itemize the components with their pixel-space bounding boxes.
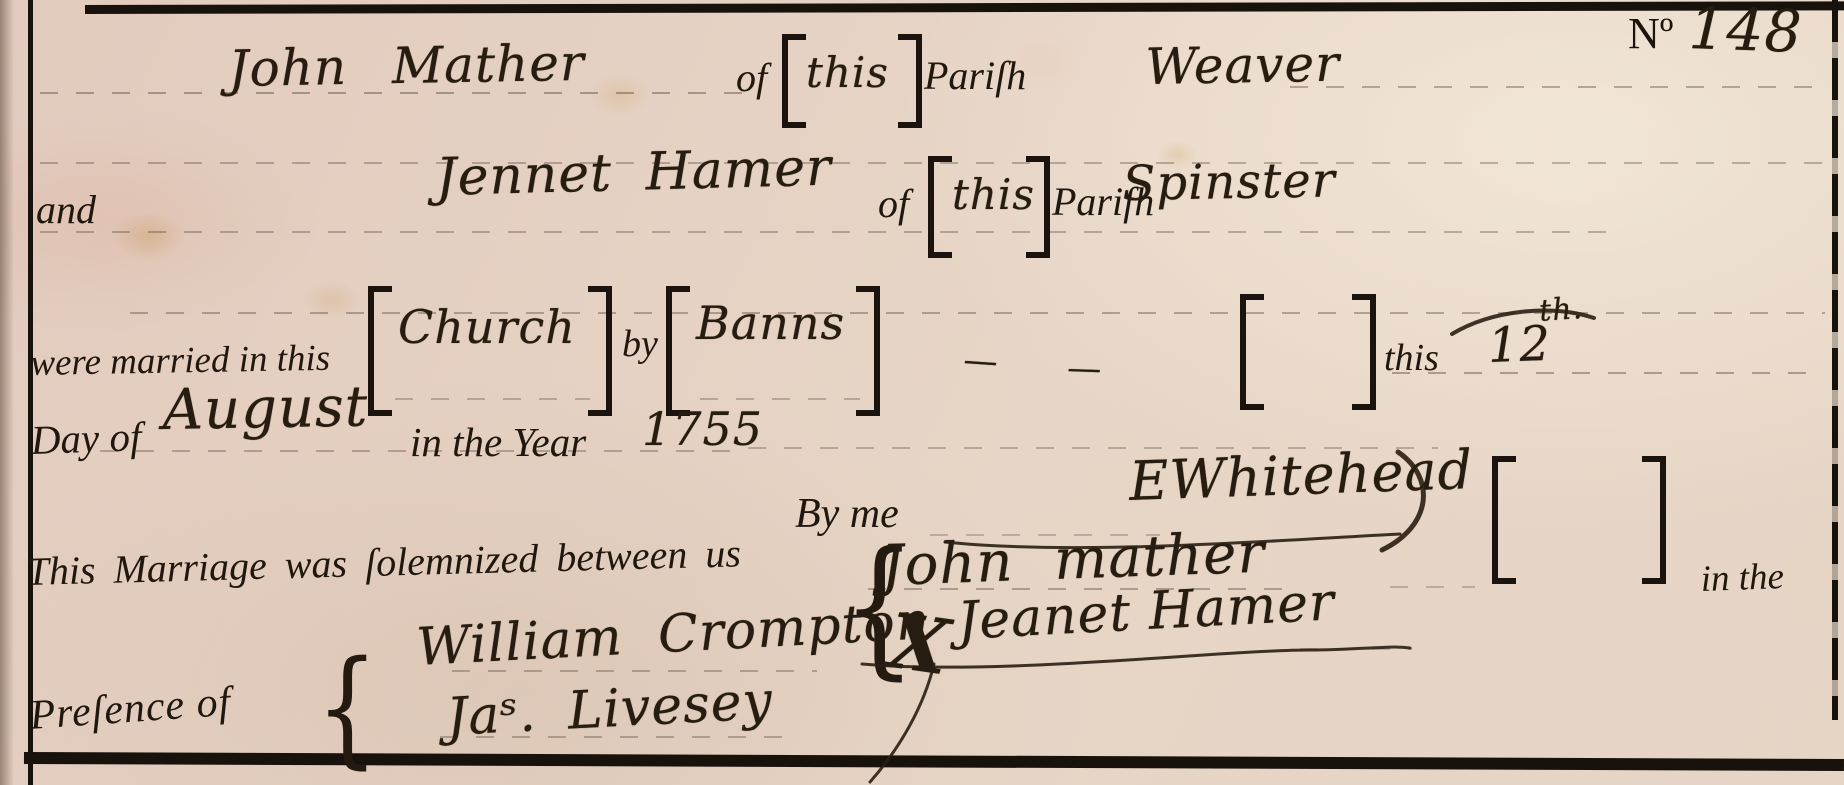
square-bracket-right-icon xyxy=(898,34,922,128)
border-right xyxy=(1832,0,1838,720)
this-label: this xyxy=(1384,336,1439,380)
square-bracket-right-icon xyxy=(588,286,612,416)
border-bottom xyxy=(24,752,1844,771)
and-label: and xyxy=(36,186,96,233)
marriage-month: August xyxy=(162,374,369,443)
marriage-register-entry: Nº 148 John Mather of this Pariſh Weaver… xyxy=(0,0,1844,785)
marriage-place: Church xyxy=(398,300,576,354)
square-bracket-right-icon xyxy=(1642,456,1666,584)
day-of-label: Day of xyxy=(30,412,142,464)
in-the-year-label: in the Year xyxy=(410,418,586,466)
page-edge-shadow xyxy=(0,0,14,785)
square-bracket-left-icon xyxy=(928,156,952,258)
ruled-line xyxy=(1390,586,1475,588)
bride-name: Jennet Hamer xyxy=(435,138,833,208)
groom-occupation: Weaver xyxy=(1145,35,1340,96)
square-bracket-left-icon xyxy=(1240,294,1264,410)
square-bracket-left-icon xyxy=(782,34,806,128)
ruled-line xyxy=(40,231,1610,233)
in-the-label: in the xyxy=(1700,555,1785,601)
border-top xyxy=(85,1,1844,14)
marriage-method: Banns xyxy=(696,296,845,350)
by-label: by xyxy=(622,322,658,366)
square-bracket-left-icon xyxy=(1492,456,1516,584)
parish-label: Pariſh xyxy=(924,52,1026,99)
of-label: of xyxy=(736,54,767,101)
square-bracket-right-icon xyxy=(1352,294,1376,410)
square-bracket-right-icon xyxy=(1026,156,1050,258)
ruled-line xyxy=(1300,648,1412,650)
officiant-signature: EWhitehead xyxy=(1128,438,1474,513)
square-bracket-left-icon xyxy=(368,286,392,416)
presence-of-label: Preſence of xyxy=(28,678,233,740)
marriage-year: 1755 xyxy=(642,402,763,456)
bride-condition: Spinster xyxy=(1122,152,1336,212)
ink-dash: — xyxy=(1067,348,1103,389)
ink-dash: — xyxy=(962,340,1000,382)
ruled-line xyxy=(1392,372,1822,374)
ruled-line xyxy=(700,398,860,400)
border-left xyxy=(28,0,33,785)
square-bracket-left-icon xyxy=(666,286,690,416)
groom-name: John Mather xyxy=(228,34,585,98)
square-bracket-right-icon xyxy=(856,286,880,416)
groom-parish-entry: this xyxy=(806,48,889,97)
ruled-line xyxy=(1290,86,1830,88)
of-label: of xyxy=(878,180,909,227)
solemnized-label: This Marriage was ſolemnized between us xyxy=(26,529,741,595)
entry-number-value: 148 xyxy=(1688,0,1804,66)
entry-number-label: Nº xyxy=(1628,8,1673,59)
marriage-day-ordinal: th. xyxy=(1538,291,1584,329)
bride-parish-entry: this xyxy=(952,170,1035,219)
ruled-line xyxy=(395,398,590,400)
curly-brace-icon: { xyxy=(316,650,379,766)
